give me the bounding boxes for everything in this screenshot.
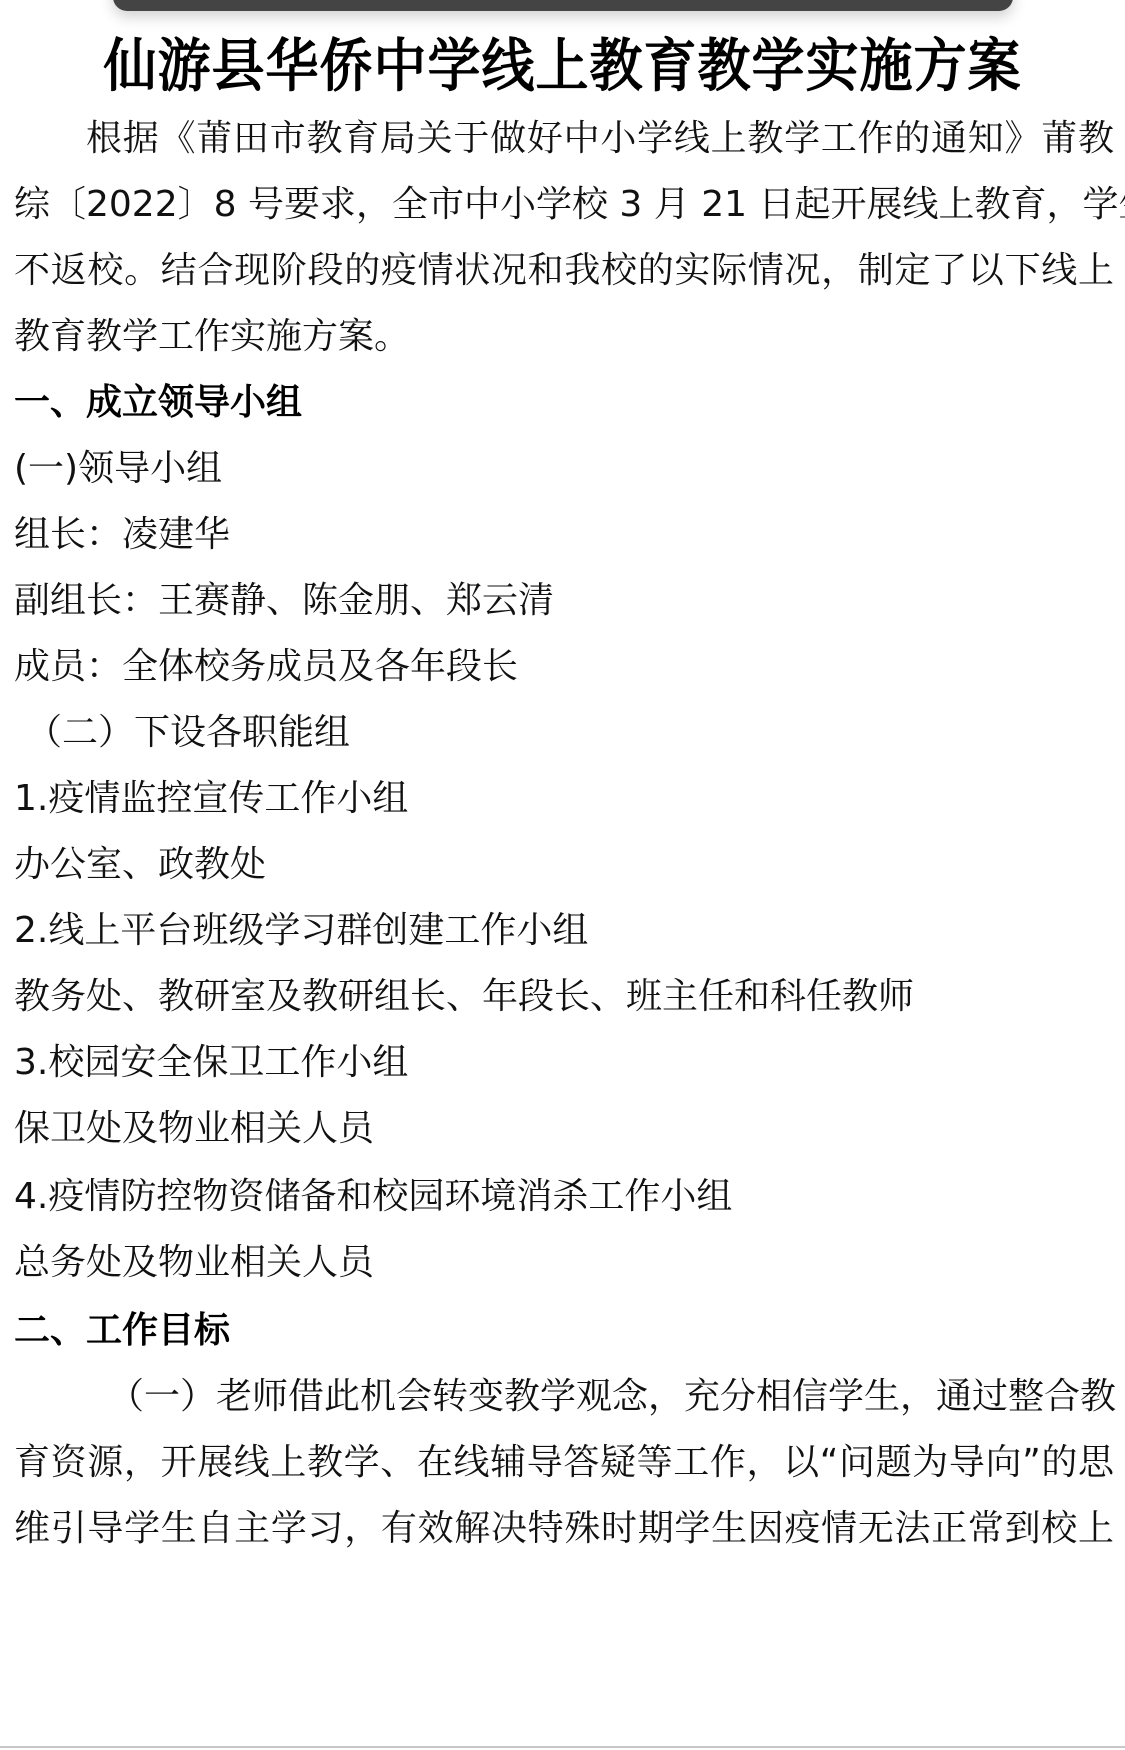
- bottom-divider: [0, 1746, 1125, 1748]
- group-2-members: 教务处、教研室及教研组长、年段长、班主任和科任教师: [14, 974, 914, 1020]
- group-4-members: 总务处及物业相关人员: [14, 1240, 374, 1286]
- members-line: 成员：全体校务成员及各年段长: [14, 644, 518, 690]
- subsection-heading-leadership: (一)领导小组: [14, 446, 222, 492]
- section-heading-2: 二、工作目标: [14, 1308, 230, 1354]
- goal-para-line-3: 维引导学生自主学习，有效解决特殊时期学生因疫情无法正常到校上: [14, 1506, 1114, 1552]
- section-heading-1: 一、成立领导小组: [14, 380, 302, 426]
- group-3-name: 3.校园安全保卫工作小组: [14, 1040, 408, 1086]
- group-2-name: 2.线上平台班级学习群创建工作小组: [14, 908, 588, 954]
- intro-line-2: 综〔2022〕8 号要求，全市中小学校 3 月 21 日起开展线上教育，学生: [14, 182, 1114, 228]
- subsection-heading-groups: （二）下设各职能组: [26, 710, 350, 756]
- document-title: 仙游县华侨中学线上教育教学实施方案: [0, 29, 1125, 105]
- intro-line-4: 教育教学工作实施方案。: [14, 314, 410, 360]
- intro-line-1: 根据《莆田市教育局关于做好中小学线上教学工作的通知》莆教: [86, 116, 1114, 162]
- intro-line-3: 不返校。结合现阶段的疫情状况和我校的实际情况，制定了以下线上: [14, 248, 1114, 294]
- group-1-name: 1.疫情监控宣传工作小组: [14, 776, 408, 822]
- group-3-members: 保卫处及物业相关人员: [14, 1106, 374, 1152]
- top-overlay-bar: [113, 0, 1013, 11]
- deputy-leaders-line: 副组长：王赛静、陈金朋、郑云清: [14, 578, 554, 624]
- leader-line: 组长：凌建华: [14, 512, 230, 558]
- group-4-name: 4.疫情防控物资储备和校园环境消杀工作小组: [14, 1174, 732, 1220]
- goal-para-line-2: 育资源，开展线上教学、在线辅导答疑等工作，以“问题为导向”的思: [14, 1440, 1114, 1486]
- group-1-members: 办公室、政教处: [14, 842, 266, 888]
- goal-para-line-1: （一）老师借此机会转变教学观念，充分相信学生，通过整合教: [108, 1374, 1114, 1420]
